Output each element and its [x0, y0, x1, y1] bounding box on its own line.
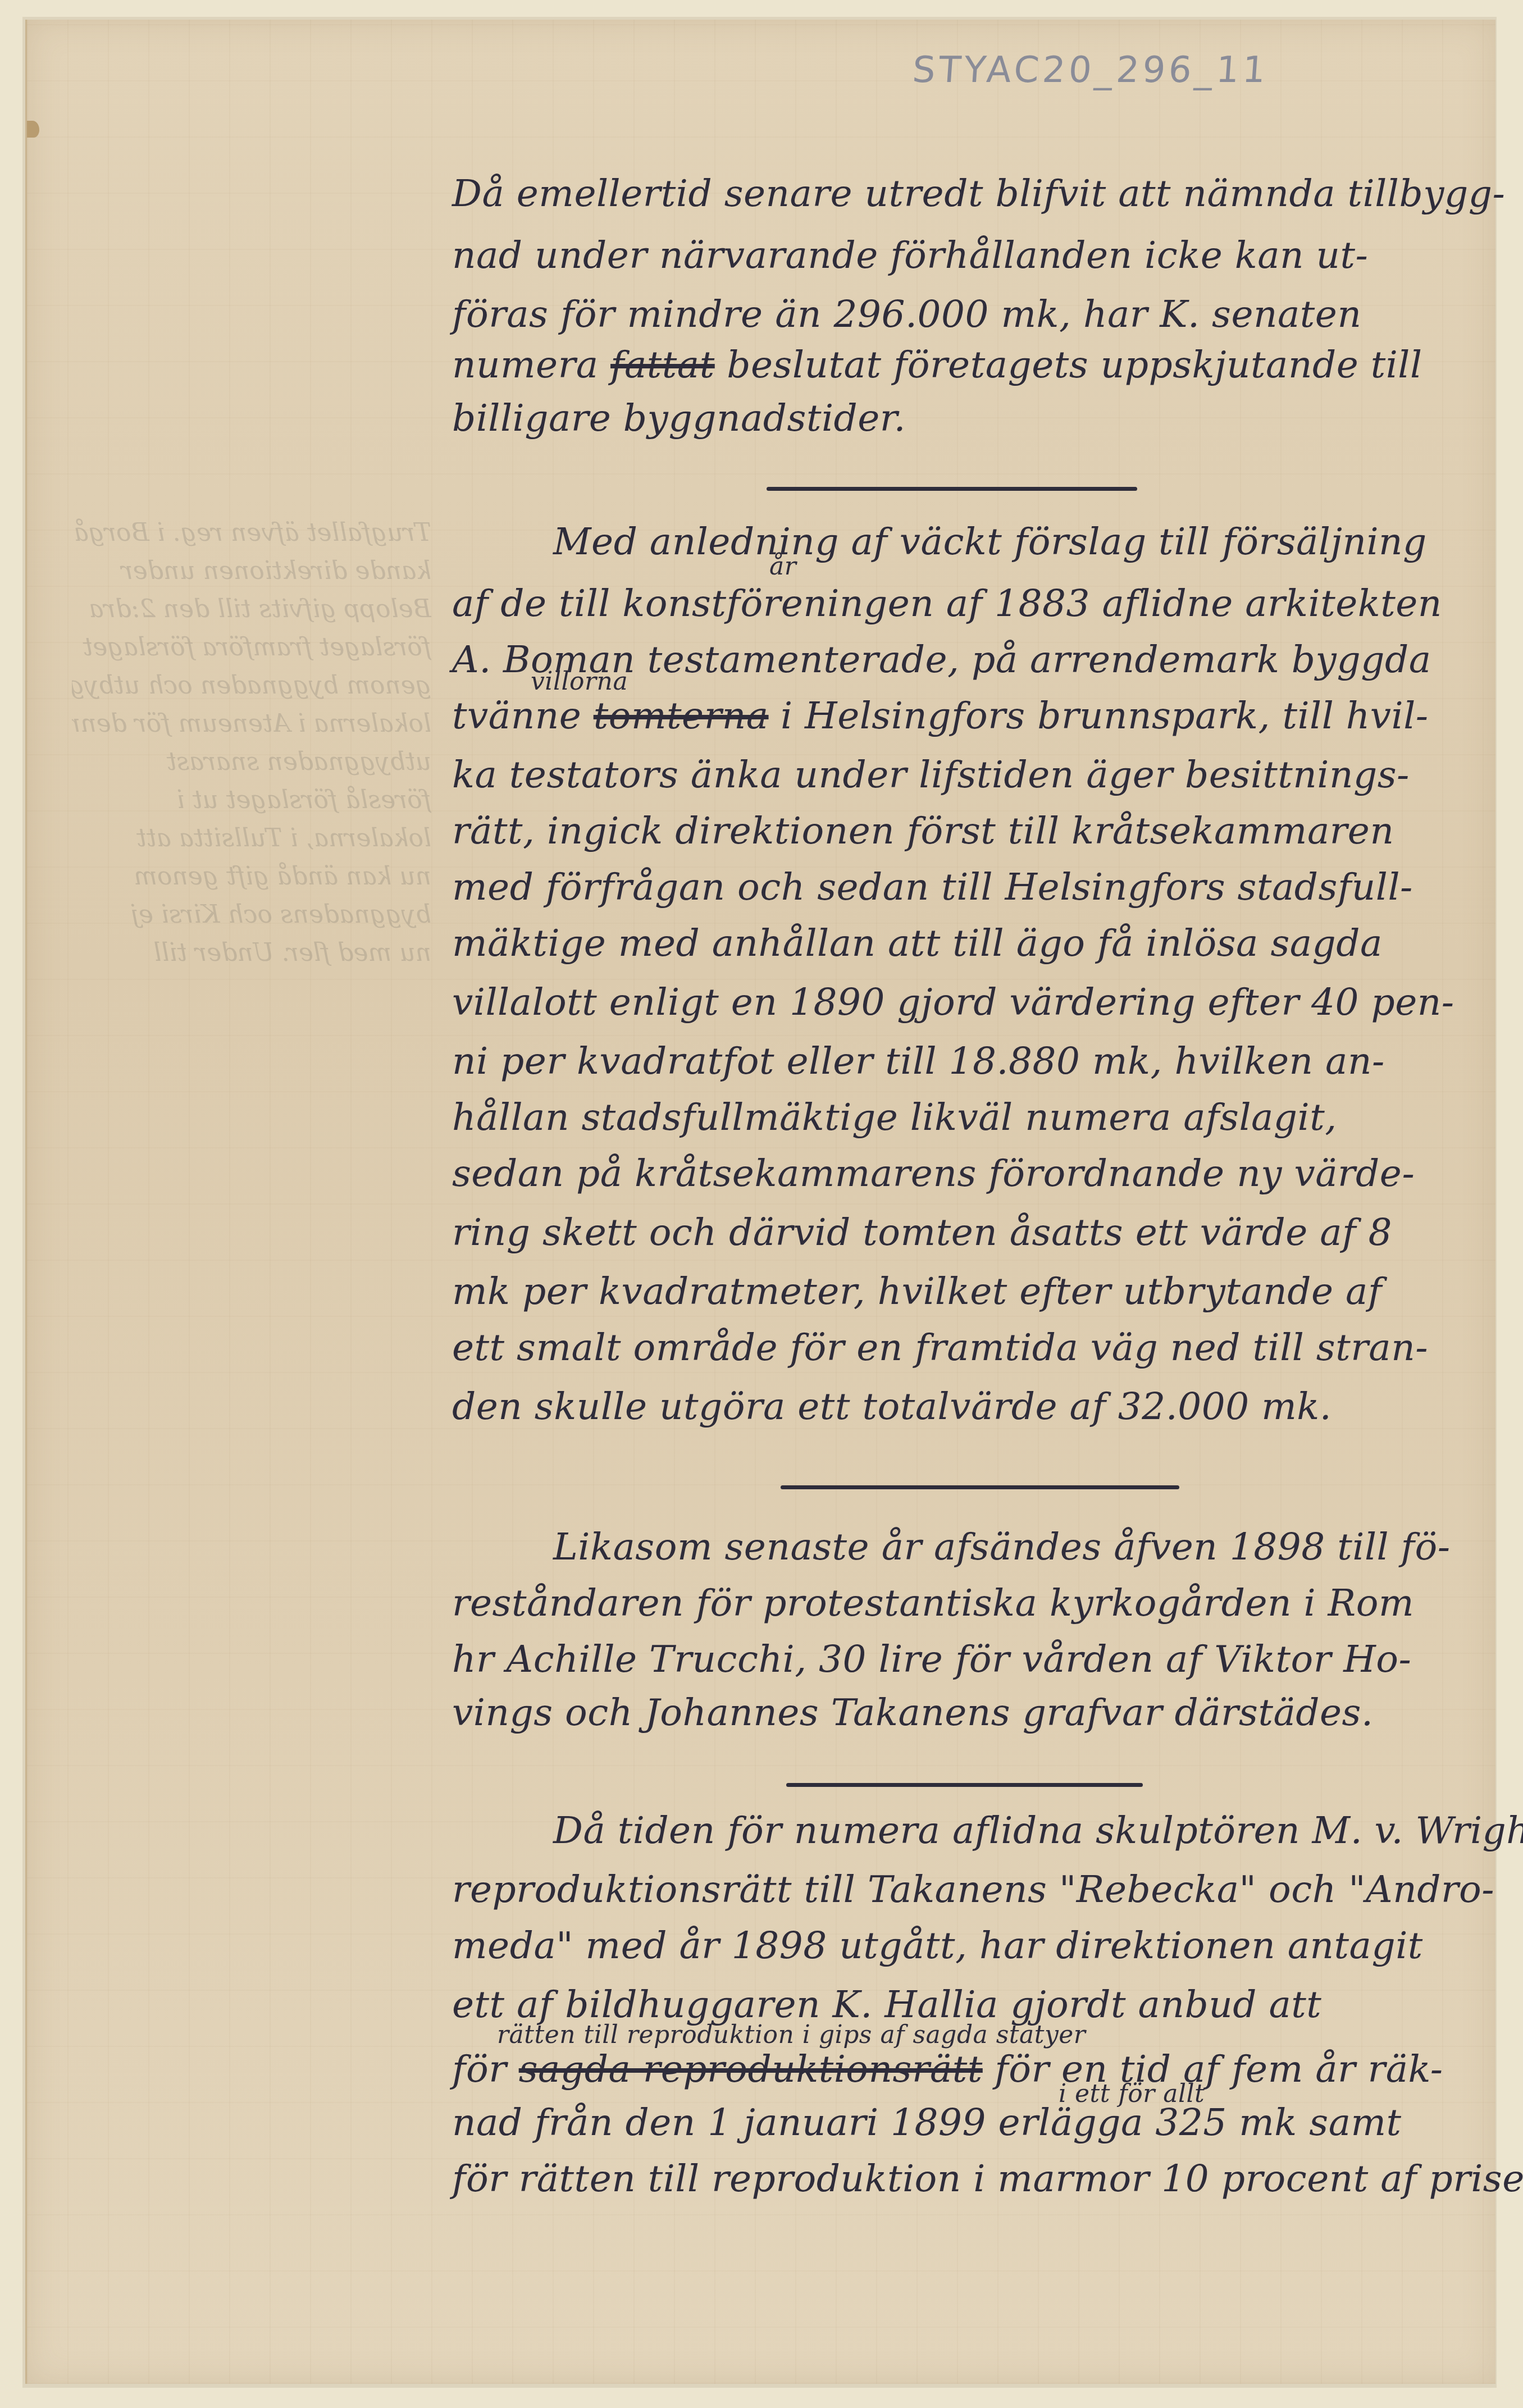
text-segment: för	[452, 2047, 519, 2091]
text-line: föras för mindre än 296.000 mk, har K. s…	[452, 289, 1361, 340]
text-line: mäktige med anhållan att till ägo få inl…	[452, 918, 1383, 969]
text-line: hållan stadsfullmäktige likväl numera af…	[452, 1092, 1337, 1143]
text-line: Då tiden för numera aflidna skulptören M…	[452, 1805, 1523, 1856]
text-line: Då emellertid senare utredt blifvit att …	[452, 168, 1505, 219]
text-line: mk per kvadratmeter, hvilket efter utbry…	[452, 1266, 1382, 1317]
paragraph-separator	[767, 487, 1137, 491]
text-segment: tvänne	[452, 694, 594, 737]
text-line-with-strikethrough: tvänne tomterna i Helsingfors brunnspark…	[452, 691, 1429, 741]
text-line: vings och Johannes Takanens grafvar därs…	[452, 1688, 1373, 1738]
text-line: Med anledning af väckt förslag till förs…	[452, 517, 1427, 567]
text-line-with-strikethrough: för sagda reproduktionsrätt för en tid a…	[452, 2044, 1443, 2095]
text-line: för rätten till reproduktion i marmor 10…	[452, 2154, 1523, 2204]
text-line: sedan på kråtsekammarens förordnande ny …	[452, 1148, 1415, 1199]
page-edge-tear	[27, 121, 39, 138]
struck-word: tomterna	[594, 694, 769, 737]
text-line: nad från den 1 januari 1899 erlägga 325 …	[452, 2097, 1402, 2148]
text-line: billigare byggnadstider.	[452, 393, 906, 444]
bleed-through-text: Trugfallet äfven reg. i Borgå kande dire…	[72, 514, 431, 1468]
struck-phrase: sagda reproduktionsrätt	[519, 2047, 983, 2091]
text-line: ring skett och därvid tomten åsatts ett …	[452, 1207, 1392, 1258]
text-line: med förfrågan och sedan till Helsingfors…	[452, 862, 1413, 913]
text-line: rätt, ingick direktionen först till kråt…	[452, 806, 1394, 856]
paragraph-separator	[786, 1783, 1143, 1787]
text-segment: numera	[452, 343, 610, 386]
text-line: ka testators änka under lifstiden äger b…	[452, 750, 1410, 800]
text-line: hr Achille Trucchi, 30 lire för vården a…	[452, 1634, 1411, 1685]
text-line: nad under närvarande förhållanden icke k…	[452, 230, 1368, 281]
text-line: ni per kvadratfot eller till 18.880 mk, …	[452, 1036, 1385, 1087]
paragraph-separator	[781, 1485, 1179, 1489]
text-line: ett smalt område för en framtida väg ned…	[452, 1322, 1428, 1373]
text-line: den skulle utgöra ett totalvärde af 32.0…	[452, 1381, 1332, 1432]
text-segment: för en tid af fem år räk-	[983, 2047, 1443, 2091]
text-line: meda" med år 1898 utgått, har direktione…	[452, 1921, 1423, 1971]
text-line: Likasom senaste år afsändes åfven 1898 t…	[452, 1522, 1451, 1572]
text-line: af de till konstföreningen af 1883 aflid…	[452, 578, 1442, 629]
text-line-with-strikethrough: numera fattat beslutat företagets uppskj…	[452, 340, 1422, 390]
inserted-word: år	[769, 553, 796, 580]
text-line: reståndaren för protestantiska kyrkogård…	[452, 1578, 1414, 1629]
text-segment: beslutat företagets uppskjutande till	[715, 343, 1422, 386]
text-line: villalott enligt en 1890 gjord värdering…	[452, 977, 1454, 1028]
handwritten-body: Då emellertid senare utredt blifvit att …	[452, 0, 1488, 2408]
text-line: reproduktionsrätt till Takanens "Rebecka…	[452, 1864, 1494, 1915]
text-segment: i Helsingfors brunnspark, till hvil-	[769, 694, 1429, 737]
struck-word: fattat	[610, 343, 715, 386]
